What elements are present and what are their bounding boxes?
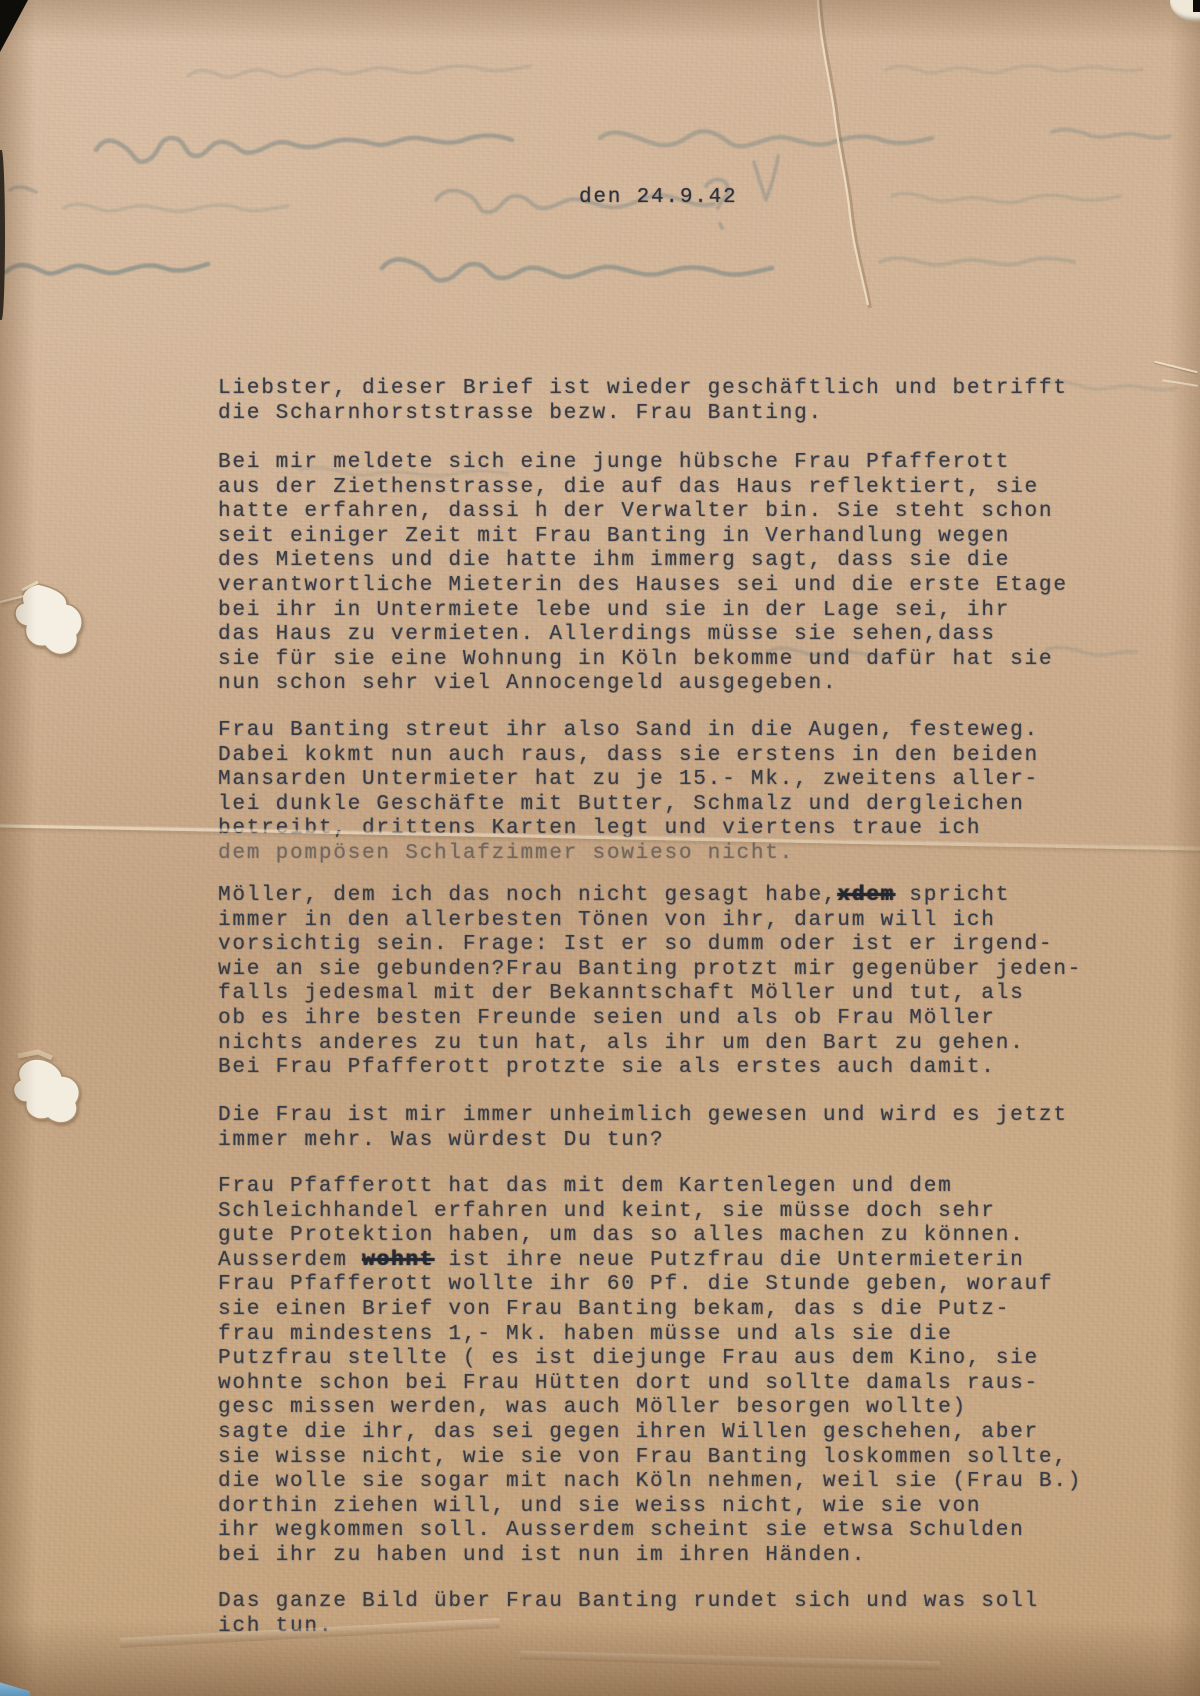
letter-line: sie wisse nicht, wie sie von Frau Bantin… bbox=[218, 1446, 1082, 1471]
text-segment: lei dunkle Geschäfte mit Butter, Schmalz… bbox=[218, 793, 1025, 816]
letter-line: Frau Pfafferott hat das mit dem Kartenle… bbox=[218, 1175, 1082, 1200]
text-segment: sagte die ihr, das sei gegen ihren Wille… bbox=[218, 1421, 1039, 1444]
scan-gap-top-right bbox=[1193, 0, 1200, 12]
text-segment: Möller, dem ich das noch nicht gesagt ha… bbox=[218, 884, 837, 907]
letter-line: ich tun. bbox=[218, 1615, 1039, 1640]
text-segment: Das ganze Bild über Frau Banting rundet … bbox=[218, 1590, 1039, 1613]
letter-line: falls jedesmal mit der Bekanntschaft Möl… bbox=[218, 982, 1082, 1007]
text-segment: sie für sie eine Wohnung in Köln bekomme… bbox=[218, 648, 1053, 671]
text-segment: sie einen Brief von Frau Banting bekam, … bbox=[218, 1298, 1010, 1321]
text-segment: das Haus zu vermieten. Allerdings müsse … bbox=[218, 623, 996, 646]
letter-line: sie einen Brief von Frau Banting bekam, … bbox=[218, 1298, 1082, 1323]
letter-line: dorthin ziehen will, und sie weiss nicht… bbox=[218, 1495, 1082, 1520]
letter-line: seit einiger Zeit mit Frau Banting in Ve… bbox=[218, 525, 1068, 550]
letter-line: die wolle sie sogar mit nach Köln nehmen… bbox=[218, 1470, 1082, 1495]
paragraph: Die Frau ist mir immer unheimlich gewese… bbox=[218, 1104, 1068, 1153]
text-segment: ob es ihre besten Freunde seien und als … bbox=[218, 1007, 996, 1030]
text-segment: Frau Pfafferott wollte ihr 60 Pf. die St… bbox=[218, 1273, 1053, 1296]
letter-line: nun schon sehr viel Annocengeld ausgegeb… bbox=[218, 672, 1068, 697]
letter-line: hatte erfahren, dassi h der Verwalter bi… bbox=[218, 500, 1068, 525]
text-segment: wohnte schon bei Frau Hütten dort und so… bbox=[218, 1372, 1039, 1395]
letter-line: wohnte schon bei Frau Hütten dort und so… bbox=[218, 1372, 1082, 1397]
scan-gap-bottom-left bbox=[0, 1680, 30, 1696]
text-segment: Liebster, dieser Brief ist wieder geschä… bbox=[218, 377, 1068, 400]
letter-line: Ausserdem wohnt ist ihre neue Putzfrau d… bbox=[218, 1249, 1082, 1274]
text-segment: Bei mir meldete sich eine junge hübsche … bbox=[218, 451, 1010, 474]
letter-line: Bei mir meldete sich eine junge hübsche … bbox=[218, 451, 1068, 476]
paragraph: Bei mir meldete sich eine junge hübsche … bbox=[218, 451, 1068, 697]
text-segment: Frau Banting streut ihr also Sand in die… bbox=[218, 719, 1039, 742]
text-segment: dorthin ziehen will, und sie weiss nicht… bbox=[218, 1495, 981, 1518]
text-segment: frau mindestens 1,- Mk. haben müsse und … bbox=[218, 1323, 953, 1346]
text-segment: ist ihre neue Putzfrau die Untermieterin bbox=[434, 1249, 1024, 1272]
letter-line: Liebster, dieser Brief ist wieder geschä… bbox=[218, 377, 1068, 402]
paragraph: Frau Pfafferott hat das mit dem Kartenle… bbox=[218, 1175, 1082, 1569]
text-segment: wie an sie gebunden?Frau Banting protzt … bbox=[218, 958, 1082, 981]
letter-line: vorsichtig sein. Frage: Ist er so dumm o… bbox=[218, 933, 1082, 958]
letter-line: bei ihr in Untermiete lebe und sie in de… bbox=[218, 599, 1068, 624]
letter-line: wie an sie gebunden?Frau Banting protzt … bbox=[218, 958, 1082, 983]
letter-line: ihr wegkommen soll. Ausserdem scheint si… bbox=[218, 1519, 1082, 1544]
text-segment: immer mehr. Was würdest Du tun? bbox=[218, 1129, 664, 1152]
text-segment: Putzfrau stellte ( es ist diejunge Frau … bbox=[218, 1347, 1039, 1370]
text-segment: sie wisse nicht, wie sie von Frau Bantin… bbox=[218, 1446, 1068, 1469]
paragraph: Möller, dem ich das noch nicht gesagt ha… bbox=[218, 884, 1082, 1081]
overstruck-word: wohnt bbox=[362, 1249, 434, 1272]
letter-line: das Haus zu vermieten. Allerdings müsse … bbox=[218, 623, 1068, 648]
text-segment: Mansarden Untermieter hat zu je 15.- Mk.… bbox=[218, 768, 1039, 791]
text-segment: falls jedesmal mit der Bekanntschaft Möl… bbox=[218, 982, 1025, 1005]
letter-line: gute Protektion haben, um das so alles m… bbox=[218, 1224, 1082, 1249]
text-segment: nichts anderes zu tun hat, als ihr um de… bbox=[218, 1032, 1025, 1055]
letter-line: Frau Pfafferott wollte ihr 60 Pf. die St… bbox=[218, 1273, 1082, 1298]
text-segment: dem pompösen Schlafzimmer sowieso nicht. bbox=[218, 842, 794, 865]
letter-line: Das ganze Bild über Frau Banting rundet … bbox=[218, 1590, 1039, 1615]
text-segment: gute Protektion haben, um das so alles m… bbox=[218, 1224, 1025, 1247]
text-segment: verantwortliche Mieterin des Hauses sei … bbox=[218, 574, 1068, 597]
letter-line: Schleichhandel erfahren und keint, sie m… bbox=[218, 1200, 1082, 1225]
text-segment: des Mietens und die hatte ihm immerg sag… bbox=[218, 549, 1010, 572]
text-segment: Dabei kokmt nun auch raus, dass sie erst… bbox=[218, 744, 1039, 767]
letter-line: die Scharnhorststrasse bezw. Frau Bantin… bbox=[218, 402, 1068, 427]
text-segment: die Scharnhorststrasse bezw. Frau Bantin… bbox=[218, 402, 823, 425]
letter-page: den 24.9.42 Liebster, dieser Brief ist w… bbox=[0, 0, 1200, 1696]
letter-line: Mansarden Untermieter hat zu je 15.- Mk.… bbox=[218, 768, 1039, 793]
text-segment: hatte erfahren, dassi h der Verwalter bi… bbox=[218, 500, 1053, 523]
letter-line: frau mindestens 1,- Mk. haben müsse und … bbox=[218, 1323, 1082, 1348]
letter-line: verantwortliche Mieterin des Hauses sei … bbox=[218, 574, 1068, 599]
text-segment: Die Frau ist mir immer unheimlich gewese… bbox=[218, 1104, 1068, 1127]
paragraph: Das ganze Bild über Frau Banting rundet … bbox=[218, 1590, 1039, 1639]
scan-background: den 24.9.42 Liebster, dieser Brief ist w… bbox=[0, 0, 1200, 1696]
letter-line: Frau Banting streut ihr also Sand in die… bbox=[218, 719, 1039, 744]
text-segment: nun schon sehr viel Annocengeld ausgegeb… bbox=[218, 672, 837, 695]
text-segment: Frau Pfafferott hat das mit dem Kartenle… bbox=[218, 1175, 953, 1198]
letter-line: dem pompösen Schlafzimmer sowieso nicht. bbox=[218, 842, 1039, 867]
letter-line: gesc missen werden, was auch Möller beso… bbox=[218, 1396, 1082, 1421]
text-segment: immer in den allerbesten Tönen von ihr, … bbox=[218, 909, 996, 932]
text-segment: Ausserdem bbox=[218, 1249, 362, 1272]
text-segment: ich tun. bbox=[218, 1615, 333, 1638]
text-segment: die wolle sie sogar mit nach Köln nehmen… bbox=[218, 1470, 1082, 1493]
letter-line: Putzfrau stellte ( es ist diejunge Frau … bbox=[218, 1347, 1082, 1372]
text-segment: aus der Ziethenstrasse, die auf das Haus… bbox=[218, 476, 1039, 499]
letter-line: Die Frau ist mir immer unheimlich gewese… bbox=[218, 1104, 1068, 1129]
text-segment: ihr wegkommen soll. Ausserdem scheint si… bbox=[218, 1519, 1025, 1542]
text-segment: gesc missen werden, was auch Möller beso… bbox=[218, 1396, 967, 1419]
letter-line: Bei Frau Pfafferott protzte sie als erst… bbox=[218, 1056, 1082, 1081]
letter-line: aus der Ziethenstrasse, die auf das Haus… bbox=[218, 476, 1068, 501]
bottom-crinkle bbox=[520, 1651, 940, 1671]
text-segment: spricht bbox=[895, 884, 1010, 907]
letter-line: Möller, dem ich das noch nicht gesagt ha… bbox=[218, 884, 1082, 909]
letter-line: immer in den allerbesten Tönen von ihr, … bbox=[218, 909, 1082, 934]
letter-line: sagte die ihr, das sei gegen ihren Wille… bbox=[218, 1421, 1082, 1446]
text-segment: vorsichtig sein. Frage: Ist er so dumm o… bbox=[218, 933, 1053, 956]
paragraph: Liebster, dieser Brief ist wieder geschä… bbox=[218, 377, 1068, 426]
letter-line: sie für sie eine Wohnung in Köln bekomme… bbox=[218, 648, 1068, 673]
text-segment: Bei Frau Pfafferott protzte sie als erst… bbox=[218, 1056, 996, 1079]
date-line: den 24.9.42 bbox=[579, 186, 737, 211]
letter-line: bei ihr zu haben und ist nun im ihren Hä… bbox=[218, 1544, 1082, 1569]
text-segment: Schleichhandel erfahren und keint, sie m… bbox=[218, 1200, 996, 1223]
letter-line: des Mietens und die hatte ihm immerg sag… bbox=[218, 549, 1068, 574]
text-segment: seit einiger Zeit mit Frau Banting in Ve… bbox=[218, 525, 1010, 548]
letter-line: lei dunkle Geschäfte mit Butter, Schmalz… bbox=[218, 793, 1039, 818]
text-segment: bei ihr zu haben und ist nun im ihren Hä… bbox=[218, 1544, 866, 1567]
punch-hole-bottom bbox=[0, 1046, 110, 1146]
letter-line: ob es ihre besten Freunde seien und als … bbox=[218, 1007, 1082, 1032]
letter-line: nichts anderes zu tun hat, als ihr um de… bbox=[218, 1032, 1082, 1057]
letter-line: Dabei kokmt nun auch raus, dass sie erst… bbox=[218, 744, 1039, 769]
overstruck-word: xdem bbox=[837, 884, 895, 907]
letter-line: immer mehr. Was würdest Du tun? bbox=[218, 1129, 1068, 1154]
text-segment: bei ihr in Untermiete lebe und sie in de… bbox=[218, 599, 1010, 622]
